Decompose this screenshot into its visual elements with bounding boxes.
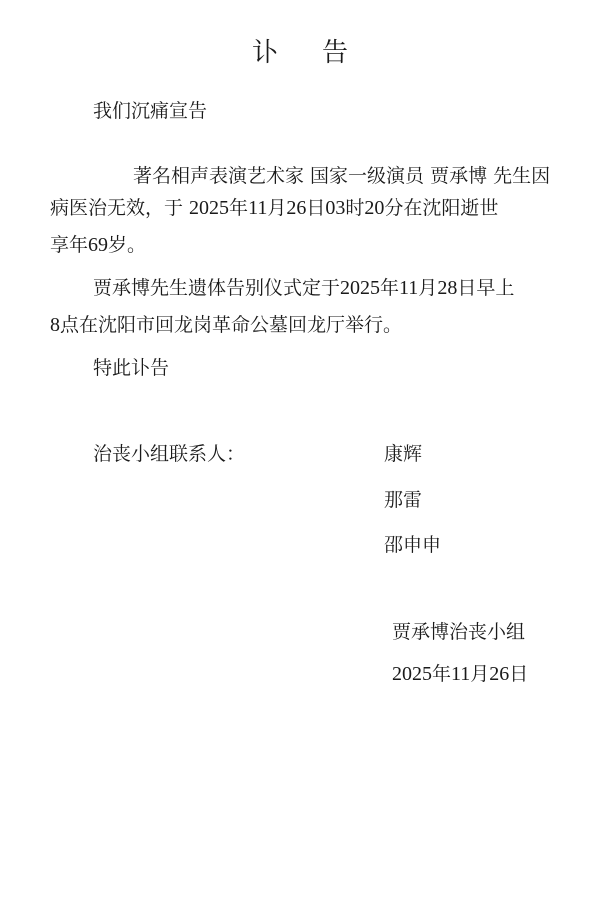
signature-date: 2025年11月26日 [392,662,528,686]
contacts-label: 治丧小组联系人： [93,442,245,466]
paragraph1-line3: 享年69岁。 [50,233,146,257]
contact-name: 邵申申 [384,533,441,557]
closing-line: 特此讣告 [93,356,169,380]
contact-name: 康辉 [384,442,422,466]
paragraph2-line2: 8点在沈阳市回龙岗革命公墓回龙厅举行。 [50,313,402,337]
paragraph1-line1: 著名相声表演艺术家 国家一级演员 贾承博 先生因 [133,164,550,188]
document-title: 讣告 [0,32,600,69]
opening-line: 我们沉痛宣告 [93,99,207,123]
paragraph1-line2: 病医治无效，于 2025年11月26日03时20分在沈阳逝世 [50,196,498,220]
title-char-left: 讣 [252,38,278,68]
title-char-right: 告 [322,38,348,68]
signature-org: 贾承博治丧小组 [392,620,525,644]
contact-name: 那雷 [384,488,422,512]
paragraph2-line1: 贾承博先生遗体告别仪式定于2025年11月28日早上 [93,276,514,300]
